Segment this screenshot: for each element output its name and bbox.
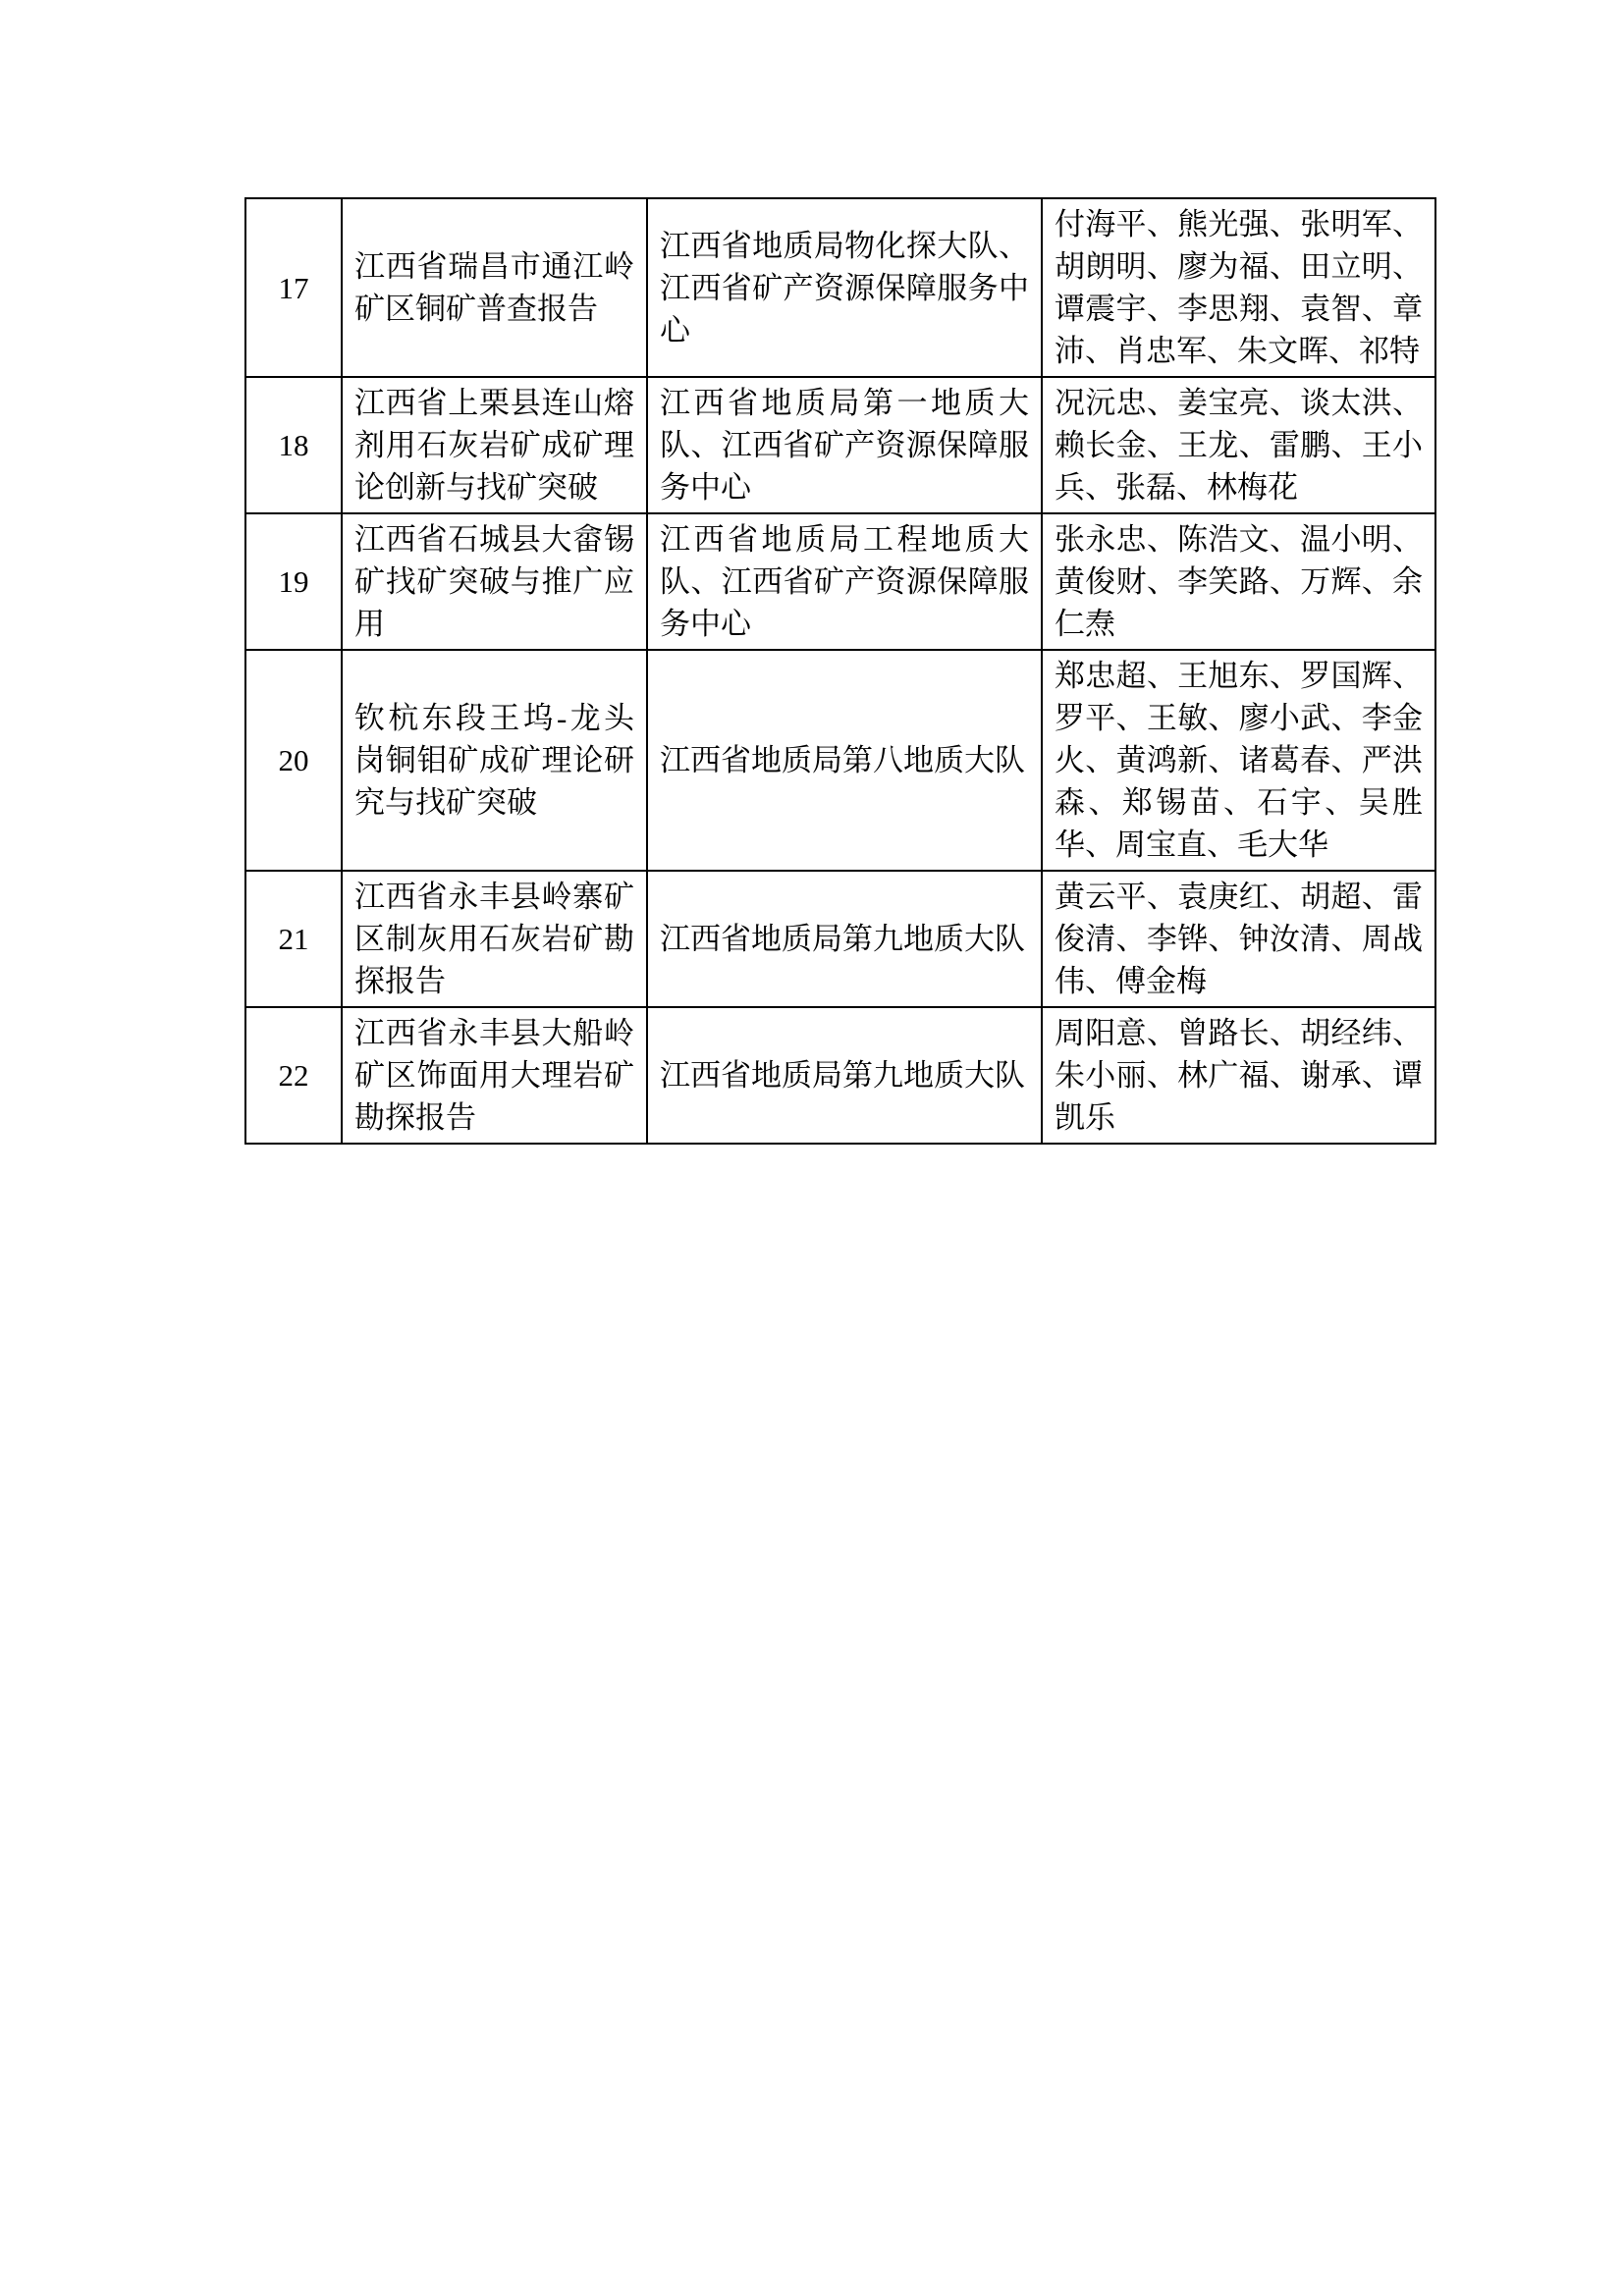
project-title-cell: 江西省上栗县连山熔剂用石灰岩矿成矿理论创新与找矿突破 [342, 377, 647, 513]
members-cell: 黄云平、袁庚红、胡超、雷俊清、李铧、钟汝清、周战伟、傅金梅 [1042, 871, 1435, 1007]
table-row: 19 江西省石城县大畲锡矿找矿突破与推广应用 江西省地质局工程地质大队、江西省矿… [245, 513, 1435, 650]
document-page: 17 江西省瑞昌市通江岭矿区铜矿普查报告 江西省地质局物化探大队、江西省矿产资源… [0, 0, 1624, 2296]
members-cell: 张永忠、陈浩文、温小明、黄俊财、李笑路、万辉、余仁焘 [1042, 513, 1435, 650]
members-cell: 况沅忠、姜宝亮、谈太洪、赖长金、王龙、雷鹏、王小兵、张磊、林梅花 [1042, 377, 1435, 513]
organization-cell: 江西省地质局物化探大队、江西省矿产资源保障服务中心 [647, 198, 1042, 377]
project-title-cell: 江西省永丰县岭寨矿区制灰用石灰岩矿勘探报告 [342, 871, 647, 1007]
members-cell: 郑忠超、王旭东、罗国辉、罗平、王敏、廖小武、李金火、黄鸿新、诸葛春、严洪森、郑锡… [1042, 650, 1435, 871]
row-number-cell: 18 [245, 377, 342, 513]
row-number-cell: 22 [245, 1007, 342, 1144]
table-row: 22 江西省永丰县大船岭矿区饰面用大理岩矿勘探报告 江西省地质局第九地质大队 周… [245, 1007, 1435, 1144]
table-row: 17 江西省瑞昌市通江岭矿区铜矿普查报告 江西省地质局物化探大队、江西省矿产资源… [245, 198, 1435, 377]
organization-cell: 江西省地质局工程地质大队、江西省矿产资源保障服务中心 [647, 513, 1042, 650]
organization-cell: 江西省地质局第九地质大队 [647, 1007, 1042, 1144]
organization-cell: 江西省地质局第一地质大队、江西省矿产资源保障服务中心 [647, 377, 1042, 513]
row-number-cell: 17 [245, 198, 342, 377]
project-title-cell: 钦杭东段王坞-龙头岗铜钼矿成矿理论研究与找矿突破 [342, 650, 647, 871]
members-cell: 付海平、熊光强、张明军、胡朗明、廖为福、田立明、谭震宇、李思翔、袁智、章沛、肖忠… [1042, 198, 1435, 377]
table-row: 18 江西省上栗县连山熔剂用石灰岩矿成矿理论创新与找矿突破 江西省地质局第一地质… [245, 377, 1435, 513]
organization-cell: 江西省地质局第九地质大队 [647, 871, 1042, 1007]
members-cell: 周阳意、曾路长、胡经纬、朱小丽、林广福、谢承、谭凯乐 [1042, 1007, 1435, 1144]
awards-table-body: 17 江西省瑞昌市通江岭矿区铜矿普查报告 江西省地质局物化探大队、江西省矿产资源… [245, 198, 1435, 1144]
table-row: 21 江西省永丰县岭寨矿区制灰用石灰岩矿勘探报告 江西省地质局第九地质大队 黄云… [245, 871, 1435, 1007]
project-title-cell: 江西省瑞昌市通江岭矿区铜矿普查报告 [342, 198, 647, 377]
row-number-cell: 20 [245, 650, 342, 871]
project-title-cell: 江西省石城县大畲锡矿找矿突破与推广应用 [342, 513, 647, 650]
organization-cell: 江西省地质局第八地质大队 [647, 650, 1042, 871]
table-row: 20 钦杭东段王坞-龙头岗铜钼矿成矿理论研究与找矿突破 江西省地质局第八地质大队… [245, 650, 1435, 871]
row-number-cell: 21 [245, 871, 342, 1007]
awards-table: 17 江西省瑞昌市通江岭矿区铜矿普查报告 江西省地质局物化探大队、江西省矿产资源… [244, 197, 1436, 1145]
project-title-cell: 江西省永丰县大船岭矿区饰面用大理岩矿勘探报告 [342, 1007, 647, 1144]
row-number-cell: 19 [245, 513, 342, 650]
